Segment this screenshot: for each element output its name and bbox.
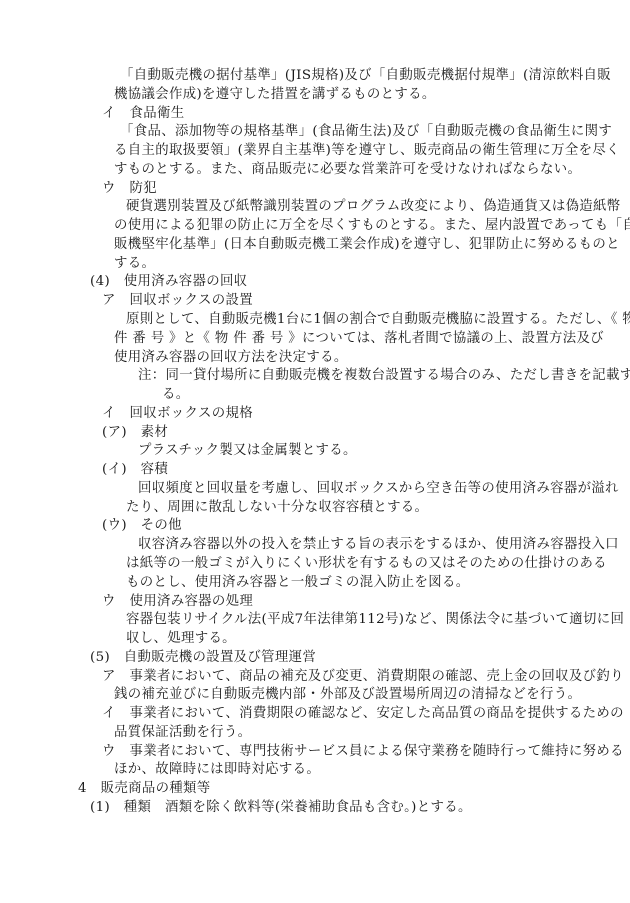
text-line: 機協議会作成)を遵守した措置を講ずるものとする。 <box>114 86 436 104</box>
text-line: イ 回収ボックスの規格 <box>102 405 253 423</box>
text-line: 収し、処理する。 <box>126 630 236 648</box>
text-line: 注：同一貸付場所に自動販売機を複数台設置する場合のみ、ただし書きを記載す <box>138 367 630 385</box>
text-line: 容器包装リサイクル法(平成7年法律第112号)など、関係法令に基づいて適切に回 <box>126 611 624 629</box>
text-line: 回収頻度と回収量を考慮し、回収ボックスから空き缶等の使用済み容器が溢れ <box>138 480 619 498</box>
text-line: プラスチック製又は金属製とする。 <box>138 442 357 460</box>
text-line: (4) 使用済み容器の回収 <box>90 273 247 291</box>
text-line: ア 回収ボックスの設置 <box>102 292 253 310</box>
text-line: すものとする。また、商品販売に必要な営業許可を受けなければならない。 <box>114 161 581 179</box>
text-line: イ 食品衛生 <box>102 105 184 123</box>
text-line: 原則として、自動販売機1台に1個の割合で自動販売機脇に設置する。ただし、《 物 <box>126 311 630 329</box>
text-line: 品質保証活動を行う。 <box>114 724 251 742</box>
text-line: 「食品、添加物等の規格基準」(食品衛生法)及び「自動販売機の食品衛生に関す <box>120 123 612 141</box>
text-line: ウ 防犯 <box>102 180 157 198</box>
text-line: 販機堅牢化基準」(日本自動販売機工業会作成)を遵守し、犯罪防止に努めるものと <box>114 236 620 254</box>
text-line: の使用による犯罪の防止に万全を尽くすものとする。また、屋内設置であっても「自 <box>114 217 630 235</box>
text-line: (1) 種類 酒類を除く飲料等(栄養補助食品も含む。)とする。 <box>90 799 472 817</box>
text-line: たり、周囲に散乱しない十分な収容容積とする。 <box>126 499 428 517</box>
text-line: 件 番 号 》と《 物 件 番 号 》については、落札者間で協議の上、設置方法及… <box>114 330 604 348</box>
text-line: 「自動販売機の据付基準」(JIS規格)及び「自動販売機据付規準」(清涼飲料自販 <box>120 67 611 85</box>
text-line: イ 事業者において、消費期限の確認など、安定した高品質の商品を提供するための <box>102 705 624 723</box>
text-line: ものとし、使用済み容器と一般ゴミの混入防止を図る。 <box>126 574 470 592</box>
text-line: は紙等の一般ゴミが入りにくい形状を有するもの又はそのための仕掛けのある <box>126 555 607 573</box>
text-line: する。 <box>114 255 155 273</box>
text-line: る自主的取扱要領」(業界自主基準)等を遵守し、販売商品の衛生管理に万全を尽く <box>114 142 620 160</box>
text-line: る。 <box>162 386 189 404</box>
text-line: (5) 自動販売機の設置及び管理運営 <box>90 649 316 667</box>
text-line: (ア) 素材 <box>102 424 168 442</box>
text-line: ア 事業者において、商品の補充及び変更、消費期限の確認、売上金の回収及び釣り <box>102 668 624 686</box>
text-line: 使用済み容器の回収方法を決定する。 <box>114 349 348 367</box>
text-line: 銭の補充並びに自動販売機内部・外部及び設置場所周辺の清掃などを行う。 <box>114 686 581 704</box>
text-line: 硬貨選別装置及び紙幣識別装置のプログラム改変により、偽造通貨又は偽造紙幣 <box>126 198 621 216</box>
text-line: ほか、故障時には即時対応する。 <box>114 761 320 779</box>
text-line: ウ 事業者において、専門技術サービス員による保守業務を随時行って維持に努める <box>102 743 624 761</box>
text-line: (イ) 容積 <box>102 461 168 479</box>
text-line: 4 販売商品の種類等 <box>78 780 211 798</box>
text-line: ウ 使用済み容器の処理 <box>102 593 253 611</box>
text-line: (ウ) その他 <box>102 517 182 535</box>
text-line: 収容済み容器以外の投入を禁止する旨の表示をするほか、使用済み容器投入口 <box>138 536 619 554</box>
